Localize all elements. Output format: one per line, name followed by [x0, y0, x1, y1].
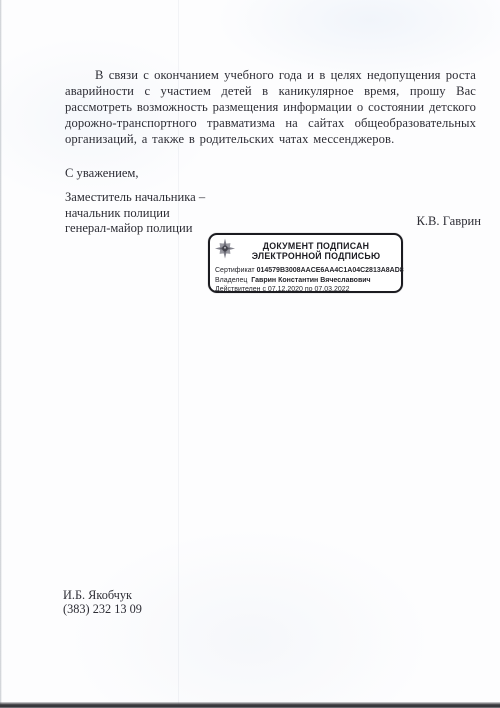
stamp-certificate-label: Сертификат	[215, 267, 255, 274]
executor-phone: (383) 232 13 09	[63, 603, 142, 617]
salutation: С уважением,	[65, 166, 139, 181]
stamp-owner-label: Владелец	[215, 277, 247, 284]
mvd-star-emblem-icon	[213, 237, 237, 265]
scan-artifact-bottom-edge	[0, 702, 500, 708]
letter-body-paragraph: В связи с окончанием учебного года и в ц…	[65, 67, 476, 147]
stamp-certificate-row: Сертификат 014579B3008AACE6AA4C1A04C2813…	[215, 266, 396, 276]
stamp-title-line-1: ДОКУМЕНТ ПОДПИСАН	[237, 241, 395, 252]
signer-name: К.В. Гаврин	[416, 214, 481, 229]
executor-name: И.Б. Якобчук	[63, 589, 142, 603]
stamp-title-line-2: ЭЛЕКТРОННОЙ ПОДПИСЬЮ	[237, 251, 395, 262]
signer-title-line-2: начальник полиции	[65, 206, 205, 222]
executor-block: И.Б. Якобчук (383) 232 13 09	[63, 589, 142, 616]
electronic-signature-stamp: ДОКУМЕНТ ПОДПИСАН ЭЛЕКТРОННОЙ ПОДПИСЬЮ С…	[208, 233, 403, 293]
signer-title-line-3: генерал-майор полиции	[65, 221, 205, 237]
stamp-validity-row: Действителен с 07.12.2020 по 07.03.2022	[215, 285, 396, 295]
scanned-letter-page: В связи с окончанием учебного года и в ц…	[0, 0, 500, 708]
scan-artifact-left-edge	[0, 0, 2, 708]
stamp-owner-name: Гаврин Константин Вячеславович	[251, 277, 370, 284]
stamp-details: Сертификат 014579B3008AACE6AA4C1A04C2813…	[210, 265, 401, 295]
stamp-owner-row: Владелец Гаврин Константин Вячеславович	[215, 276, 396, 286]
signer-title-block: Заместитель начальника – начальник полиц…	[65, 190, 205, 237]
stamp-certificate-number: 014579B3008AACE6AA4C1A04C2813A8AD8	[257, 267, 404, 274]
stamp-header: ДОКУМЕНТ ПОДПИСАН ЭЛЕКТРОННОЙ ПОДПИСЬЮ	[210, 235, 401, 265]
signer-title-line-1: Заместитель начальника –	[65, 190, 205, 206]
stamp-title: ДОКУМЕНТ ПОДПИСАН ЭЛЕКТРОННОЙ ПОДПИСЬЮ	[237, 241, 395, 262]
